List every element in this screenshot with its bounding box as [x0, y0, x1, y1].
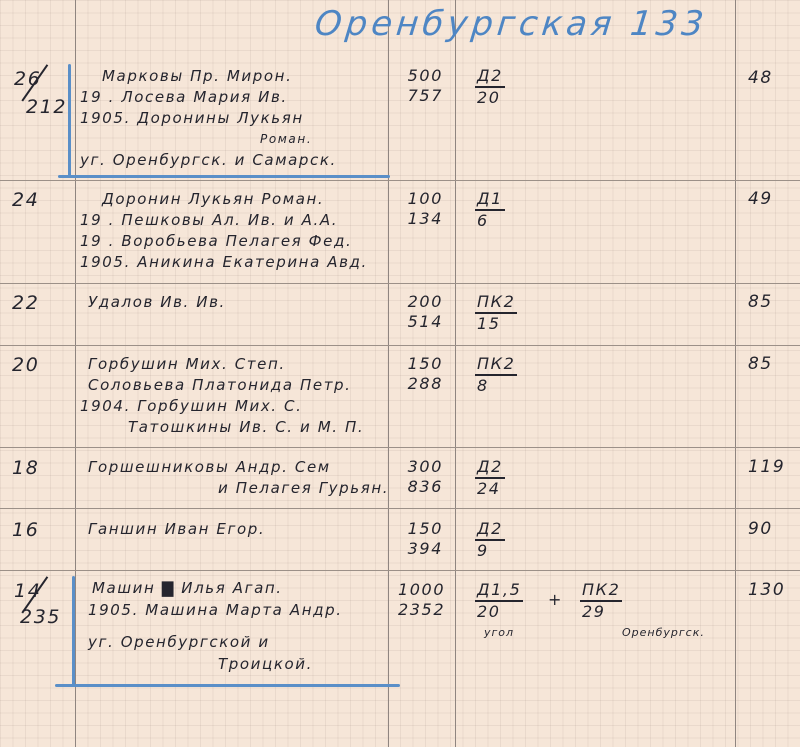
amount: 150 288 — [398, 354, 443, 394]
row-divider — [0, 345, 800, 346]
house-number: 20 — [12, 354, 39, 376]
amount: 100 134 — [398, 189, 443, 229]
column-divider — [75, 0, 76, 747]
plus-sign: + — [548, 590, 563, 609]
record-number: 212 — [26, 96, 67, 118]
column-divider — [455, 0, 456, 747]
house-number: 18 — [12, 457, 39, 479]
plot-note-2: Оренбургск. — [622, 626, 705, 639]
page-title: Оренбургская 133 — [313, 4, 709, 44]
amount: 500 757 — [398, 66, 443, 106]
house-number: 24 — [12, 189, 39, 211]
column-divider — [735, 0, 736, 747]
plot-fraction: Д2 20 — [475, 66, 505, 108]
owner-names: Ганшин Иван Егор. — [80, 519, 265, 540]
owner-names: Горбушин Мих. Степ. Соловьева Платонида … — [80, 354, 364, 438]
amount: 300 836 — [398, 457, 443, 497]
page-number: 48 — [748, 68, 773, 88]
page-number: 85 — [748, 354, 773, 374]
plot-fraction: ПК2 15 — [475, 292, 517, 334]
plot-fraction-2: ПК2 29 — [580, 580, 622, 622]
row-divider — [0, 508, 800, 509]
blue-margin-mark — [72, 576, 75, 686]
row-divider — [0, 447, 800, 448]
row-divider — [0, 283, 800, 284]
plot-fraction: Д1 6 — [475, 189, 505, 231]
row-divider — [0, 180, 800, 181]
blue-underline — [55, 684, 400, 687]
plot-note: угол — [484, 626, 514, 639]
amount: 200 514 — [398, 292, 443, 332]
owner-names: Марковы Пр. Мирон. 19 . Лосева Мария Ив.… — [80, 66, 337, 171]
house-number: 22 — [12, 292, 39, 314]
owner-names: Горшешниковы Андр. Сем и Пелагея Гурьян. — [80, 457, 389, 499]
owner-names: Удалов Ив. Ив. — [80, 292, 226, 313]
page-number: 130 — [748, 580, 785, 600]
page-number: 119 — [748, 457, 785, 477]
amount: 1000 2352 — [398, 580, 443, 620]
plot-fraction: Д2 24 — [475, 457, 505, 499]
plot-fraction: ПК2 8 — [475, 354, 517, 396]
column-divider — [388, 0, 389, 747]
house-number: 16 — [12, 519, 39, 541]
plot-fraction: Д2 9 — [475, 519, 505, 561]
owner-names: Машин ▇ Илья Агап. 1905. Машина Марта Ан… — [88, 578, 343, 675]
row-divider — [0, 570, 800, 571]
ledger-page: Оренбургская 133 26 212 Марковы Пр. Миро… — [0, 0, 800, 747]
record-number: 235 — [20, 606, 61, 628]
owner-names: Доронин Лукьян Роман. 19 . Пешковы Ал. И… — [80, 189, 368, 273]
page-number: 85 — [748, 292, 773, 312]
page-number: 49 — [748, 189, 773, 209]
blue-margin-mark — [68, 64, 71, 176]
page-number: 90 — [748, 519, 773, 539]
amount: 150 394 — [398, 519, 443, 559]
blue-underline — [58, 175, 390, 178]
plot-fraction: Д1,5 20 — [475, 580, 523, 622]
